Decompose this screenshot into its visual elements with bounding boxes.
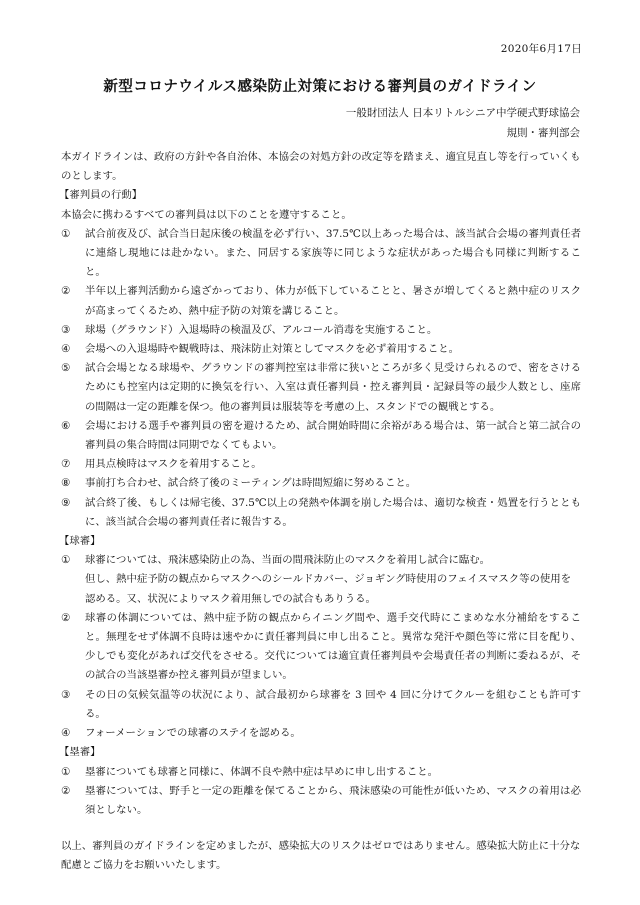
section-heading-umpire-conduct: 【審判員の行動】 [59,186,581,205]
item-number: ④ [61,340,85,359]
section-lead: 本協会に携わるすべての審判員は以下のことを遵守すること。 [61,206,581,225]
list-item: ⑤試合会場となる球場や、グラウンドの審判控室は非常に狭いところが多く見受けられる… [61,359,581,417]
section-heading-plate-umpire: 【球審】 [59,532,581,551]
item-number: ⑥ [61,417,85,455]
list-item: ⑧事前打ち合わせ、試合終了後のミーティングは時間短縮に努めること。 [61,474,581,493]
list-item: ③その日の気候気温等の状況により、試合最初から球審を 3 回や 4 回に分けてク… [61,686,581,724]
item-number: ① [61,551,85,570]
list-item: ①塁審についても球審と同様に、体調不良や熱中症は早めに申し出すること。 [61,763,581,782]
list-item: ⑥会場における選手や審判員の密を避けるため、試合開始時間に余裕がある場合は、第一… [61,417,581,455]
item-text: 事前打ち合わせ、試合終了後のミーティングは時間短縮に努めること。 [85,474,581,493]
organization-block: 一般財団法人 日本リトルシニア中学硬式野球協会 規則・審判部会 [346,103,580,143]
item-text: 試合前夜及び、試合当日起床後の検温を必ず行い、37.5℃以上あった場合は、該当試… [85,225,581,283]
list-item: ④会場への入退場時や観戦時は、飛沫防止対策としてマスクを必ず着用すること。 [61,340,581,359]
item-text: 塁審については、野手と一定の距離を保てることから、飛沫感染の可能性が低いため、マ… [85,782,581,820]
item-number: ① [61,763,85,782]
section-heading-base-umpire: 【塁審】 [59,743,581,762]
item-subtext: 但し、熱中症予防の観点からマスクへのシールドカバー、ジョギング時使用のフェイスマ… [61,570,581,608]
item-text: 半年以上審判活動から遠ざかっており、体力が低下していることと、暑さが増してくると… [85,282,581,320]
department-name: 規則・審判部会 [346,123,580,143]
item-text: 試合会場となる球場や、グラウンドの審判控室は非常に狭いところが多く見受けられるの… [85,359,581,417]
item-number: ② [61,782,85,820]
closing-paragraph: 以上、審判員のガイドラインを定めましたが、感染拡大のリスクはゼロではありません。… [61,837,581,875]
item-number: ③ [61,321,85,340]
item-text: 球審については、飛沫感染防止の為、当面の間飛沫防止のマスクを着用し試合に臨む。 [85,551,581,570]
list-item: ⑨試合終了後、もしくは帰宅後、37.5℃以上の発熱や体調を崩した場合は、適切な検… [61,494,581,532]
item-number: ⑧ [61,474,85,493]
document-title: 新型コロナウイルス感染防止対策における審判員のガイドライン [0,75,640,96]
item-text: 球審の体調については、熱中症予防の観点からイニング間や、選手交代時にこまめな水分… [85,609,581,686]
item-text: フォーメーションでの球審のステイを認める。 [85,724,581,743]
item-text: 球場（グラウンド）入退場時の検温及び、アルコール消毒を実施すること。 [85,321,581,340]
item-number: ② [61,609,85,686]
list-item: ③球場（グラウンド）入退場時の検温及び、アルコール消毒を実施すること。 [61,321,581,340]
item-text: 試合終了後、もしくは帰宅後、37.5℃以上の発熱や体調を崩した場合は、適切な検査… [85,494,581,532]
item-number: ④ [61,724,85,743]
document-body: 本ガイドラインは、政府の方針や各自治体、本協会の対処方針の改定等を踏まえ、適宜見… [61,148,581,876]
list-item: ④フォーメーションでの球審のステイを認める。 [61,724,581,743]
intro-paragraph: 本ガイドラインは、政府の方針や各自治体、本協会の対処方針の改定等を踏まえ、適宜見… [61,148,581,186]
item-text: 会場への入退場時や観戦時は、飛沫防止対策としてマスクを必ず着用すること。 [85,340,581,359]
item-text: 塁審についても球審と同様に、体調不良や熱中症は早めに申し出すること。 [85,763,581,782]
item-number: ② [61,282,85,320]
list-item: ①試合前夜及び、試合当日起床後の検温を必ず行い、37.5℃以上あった場合は、該当… [61,225,581,283]
item-text: その日の気候気温等の状況により、試合最初から球審を 3 回や 4 回に分けてクル… [85,686,581,724]
organization-name: 一般財団法人 日本リトルシニア中学硬式野球協会 [346,103,580,123]
item-number: ① [61,225,85,283]
item-text: 用具点検時はマスクを着用すること。 [85,455,581,474]
spacer [61,820,581,837]
list-item: ⑦用具点検時はマスクを着用すること。 [61,455,581,474]
item-number: ③ [61,686,85,724]
item-number: ⑨ [61,494,85,532]
document-page: 2020年6月17日 新型コロナウイルス感染防止対策における審判員のガイドライン… [0,0,640,905]
document-date: 2020年6月17日 [501,41,582,56]
list-item: ②球審の体調については、熱中症予防の観点からイニング間や、選手交代時にこまめな水… [61,609,581,686]
item-number: ⑦ [61,455,85,474]
list-item: ②塁審については、野手と一定の距離を保てることから、飛沫感染の可能性が低いため、… [61,782,581,820]
list-item: ②半年以上審判活動から遠ざかっており、体力が低下していることと、暑さが増してくる… [61,282,581,320]
item-text: 会場における選手や審判員の密を避けるため、試合開始時間に余裕がある場合は、第一試… [85,417,581,455]
list-item: ①球審については、飛沫感染防止の為、当面の間飛沫防止のマスクを着用し試合に臨む。 [61,551,581,570]
item-number: ⑤ [61,359,85,417]
